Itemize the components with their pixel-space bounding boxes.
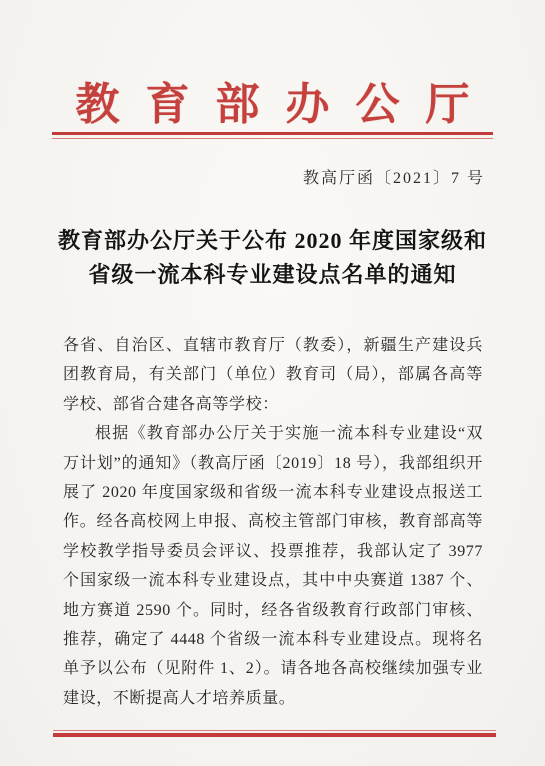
notice-title-line2: 省级一流本科专业建设点名单的通知 xyxy=(88,262,456,287)
letterhead-divider-rule xyxy=(52,132,493,139)
footer-rule-thick-line xyxy=(53,733,496,737)
addressee-paragraph: 各省、自治区、直辖市教育厅（教委），新疆生产建设兵团教育局，有关部门（单位）教育… xyxy=(63,331,483,419)
footer-rule-thin-line xyxy=(53,730,496,731)
notice-title: 教育部办公厅关于公布 2020 年度国家级和 省级一流本科专业建设点名单的通知 xyxy=(32,224,513,292)
notice-title-line1: 教育部办公厅关于公布 2020 年度国家级和 xyxy=(58,228,487,253)
letterhead-rule-thick-line xyxy=(52,132,493,135)
scanned-document-page: 教育部办公厅 教高厅函〔2021〕7 号 教育部办公厅关于公布 2020 年度国… xyxy=(0,0,545,766)
notice-body: 各省、自治区、直辖市教育厅（教委），新疆生产建设兵团教育局，有关部门（单位）教育… xyxy=(63,331,483,713)
main-body-paragraph: 根据《教育部办公厅关于实施一流本科专业建设“双万计划”的通知》（教高厅函〔201… xyxy=(63,419,483,713)
footer-divider-rule xyxy=(53,730,496,737)
document-reference-number: 教高厅函〔2021〕7 号 xyxy=(303,165,485,188)
letterhead-title: 教育部办公厅 xyxy=(0,68,545,132)
letterhead-rule-thin-line xyxy=(52,138,493,139)
